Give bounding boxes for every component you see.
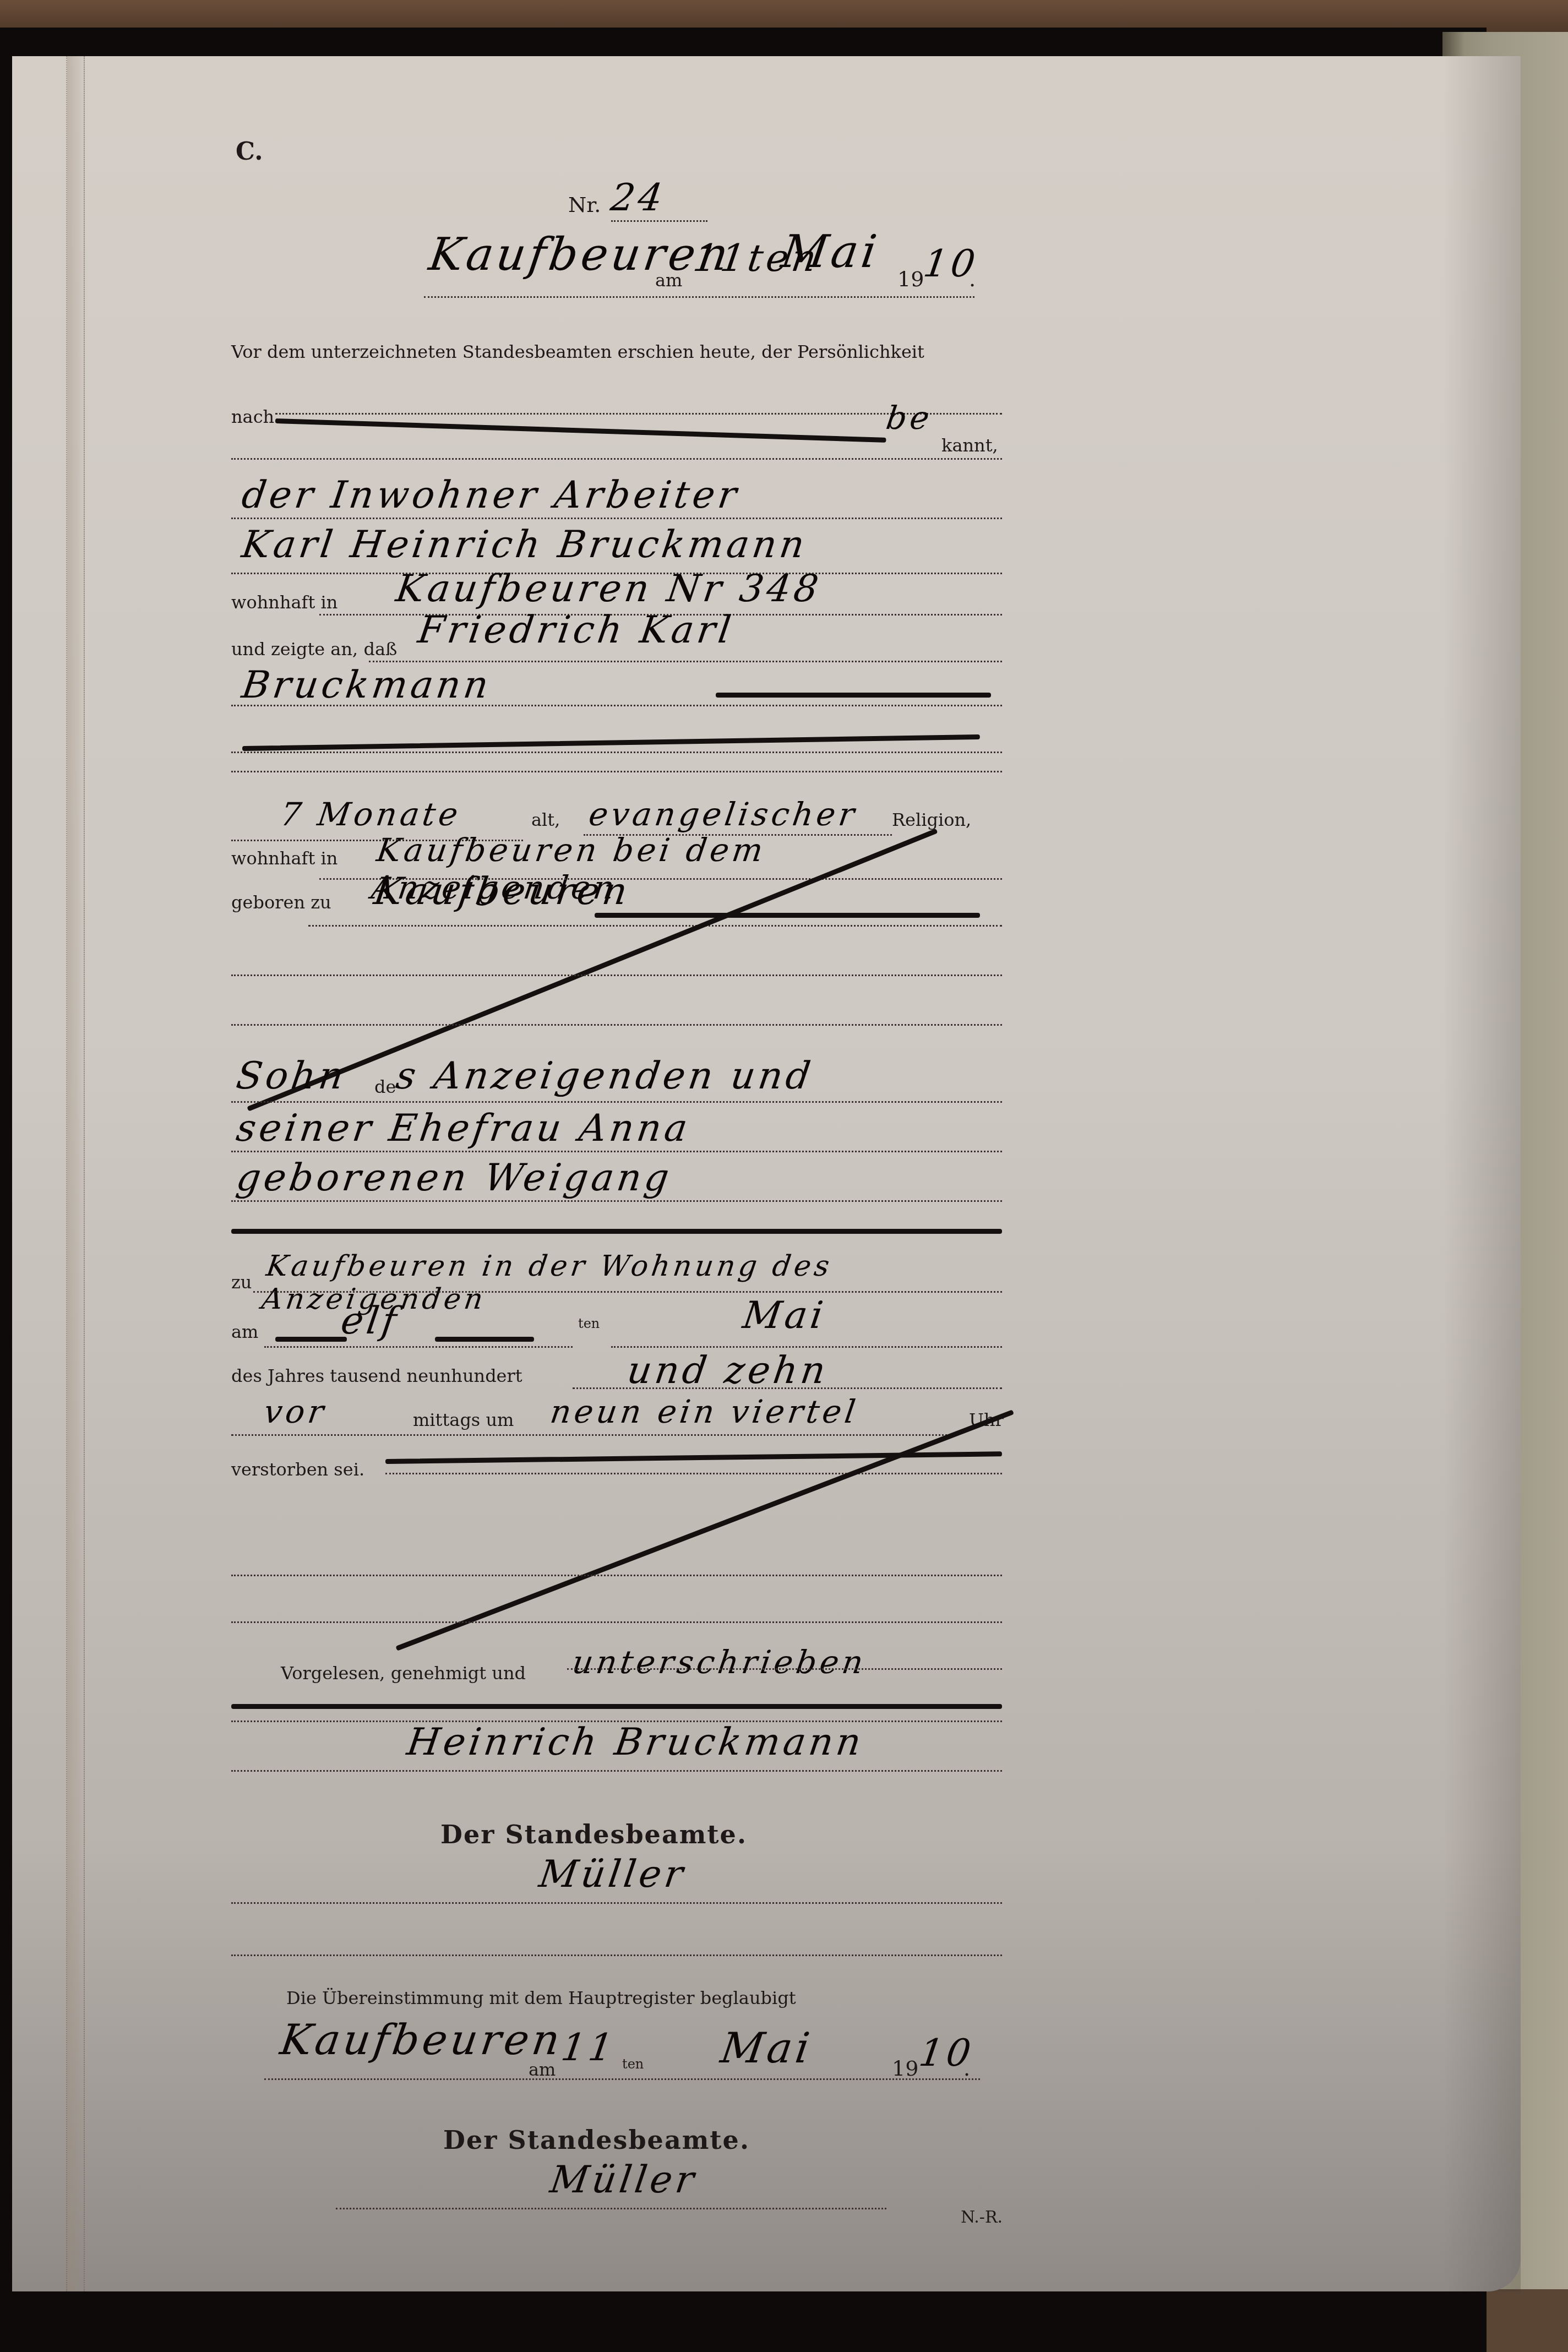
blank-line-2	[231, 752, 1002, 753]
blank-line-7	[231, 1621, 1002, 1623]
parents-line-2-rule	[231, 1151, 1002, 1152]
declarant-signature: Heinrich Bruckmann	[404, 1721, 867, 1764]
read-label: Vorgelesen, genehmigt und	[281, 1663, 526, 1684]
deceased-name-rule	[231, 705, 1002, 706]
parents-line-3: geborenen Weigang	[233, 1156, 674, 1200]
nr-label: Nr.	[568, 193, 601, 217]
known-hand: be	[884, 399, 935, 437]
parents-line-1-b: s Anzeigenden und	[393, 1054, 816, 1098]
born-value: Kaufbeuren	[371, 870, 633, 913]
blank-line-4	[231, 974, 1002, 976]
death-zu-label: zu	[231, 1272, 252, 1293]
death-day-value: elf	[338, 1299, 402, 1343]
certification-separator	[231, 1954, 1002, 1956]
day-strike-left	[275, 1337, 347, 1342]
certification-line: Die Übereinstimmung mit dem Hauptregiste…	[286, 1988, 796, 2008]
blank-line-3	[231, 771, 1002, 772]
certification-day: 11	[558, 2026, 619, 2070]
certification-signature-rule	[336, 2208, 886, 2209]
header-year-prefix: 19	[897, 267, 924, 291]
header-place: Kaufbeuren	[426, 228, 734, 281]
age-label: alt,	[531, 809, 560, 830]
age-value: 7 Monate	[278, 796, 464, 833]
closing-separator	[231, 1704, 1002, 1709]
registrar-title: Der Standesbeamte.	[440, 1820, 747, 1849]
signature-rule-bottom	[231, 1770, 1002, 1772]
death-day-rule	[264, 1346, 573, 1348]
death-am-label: am	[231, 1321, 258, 1342]
section-letter: C.	[236, 138, 263, 166]
parents-line-3-rule	[231, 1200, 1002, 1202]
registrar-signature: Müller	[536, 1853, 689, 1896]
certification-place: Kaufbeuren	[277, 2015, 567, 2064]
certification-ten-label: ten	[622, 2056, 644, 2072]
death-year-value: und zehn	[624, 1349, 831, 1392]
day-strike-right	[435, 1337, 534, 1342]
header-month: Mai	[778, 226, 883, 278]
declarant-residence-label: wohnhaft in	[231, 592, 337, 613]
certification-period: .	[963, 2056, 970, 2081]
blank-line-6	[231, 1575, 1002, 1576]
blank-line-1	[231, 458, 1002, 460]
parents-line-1-print: de	[374, 1076, 396, 1097]
deceased-residence-label: wohnhaft in	[231, 848, 337, 869]
parents-end-strikethrough	[231, 1229, 1002, 1234]
born-rule	[308, 925, 1002, 927]
parents-line-2: seiner Ehefrau Anna	[233, 1107, 693, 1150]
born-strikethrough	[595, 913, 980, 918]
read-value: unterschrieben	[570, 1643, 869, 1681]
read-rule	[567, 1668, 1002, 1670]
declarant-line-1: der Inwohner Arbeiter	[239, 473, 742, 517]
religion-value: evangelischer	[586, 796, 860, 833]
deceased-name-line-2: Bruckmann	[239, 663, 494, 707]
certification-am-label: am	[529, 2059, 556, 2080]
nach-label: nach	[231, 406, 274, 427]
religion-label: Religion,	[892, 809, 971, 830]
announce-rule	[369, 661, 1002, 662]
born-label: geboren zu	[231, 892, 331, 913]
declarant-line-2: Karl Heinrich Bruckmann	[239, 523, 810, 567]
death-month-rule	[611, 1346, 1002, 1348]
death-place-rule	[253, 1291, 1002, 1293]
nr-line	[611, 220, 707, 222]
page-edge-shading	[1442, 56, 1521, 2291]
registrar-rule	[231, 1902, 1002, 1904]
certification-year-prefix: 19	[892, 2056, 918, 2081]
parents-line-1-rule	[231, 1101, 1002, 1103]
declarant-line-1-rule	[231, 518, 1002, 519]
certification-date-rule	[264, 2078, 980, 2080]
death-time-rule	[231, 1434, 958, 1436]
blank-line-5	[231, 1024, 1002, 1026]
verstorben-rule	[385, 1473, 1002, 1474]
declarant-residence-value: Kaufbeuren Nr 348	[393, 567, 824, 611]
nr-value: 24	[608, 176, 668, 220]
certification-registrar-title: Der Standesbeamte.	[443, 2125, 750, 2155]
death-ante-value: vor	[262, 1393, 329, 1430]
deceased-name-line-1: Friedrich Karl	[415, 608, 737, 652]
death-month-value: Mai	[740, 1294, 829, 1337]
verstorben-label: verstorben sei.	[231, 1459, 364, 1480]
header-period: .	[969, 267, 976, 291]
death-year-rule	[573, 1387, 1002, 1389]
certification-registrar-signature: Müller	[547, 2158, 700, 2202]
parents-line-1-a: Sohn	[233, 1054, 349, 1098]
death-ten-label: ten	[578, 1316, 600, 1331]
announce-label: und zeigte an, daß	[231, 639, 397, 660]
death-time-value: neun ein viertel	[548, 1393, 861, 1430]
certification-month: Mai	[718, 2023, 816, 2072]
death-mittags-label: mittags um	[413, 1409, 514, 1430]
header-am-label: am	[655, 270, 682, 291]
footer-mark: N.-R.	[961, 2208, 1003, 2227]
intro-line: Vor dem unterzeichneten Standesbeamten e…	[231, 341, 924, 362]
known-print: kannt,	[941, 435, 998, 456]
death-year-label: des Jahres tausend neunhundert	[231, 1365, 522, 1386]
name-strikethrough	[716, 693, 991, 698]
header-date-line	[424, 296, 974, 298]
page-binding-strip	[66, 56, 85, 2291]
